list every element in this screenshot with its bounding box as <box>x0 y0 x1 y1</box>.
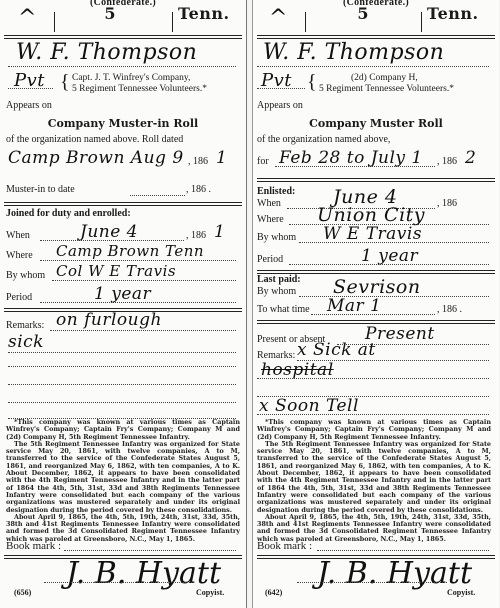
roll-date-year: , 186 <box>188 156 208 167</box>
footnote-para-1: *This company was known at various times… <box>257 419 491 441</box>
signature: J. B. Hyatt <box>317 556 472 591</box>
remarks-line-2: sick <box>8 332 44 352</box>
company-line-1: Capt. J. T. Winfrey's Company, <box>72 73 190 83</box>
organization-line: of the organization named above, <box>257 134 390 145</box>
when-value: June 4 <box>80 222 138 242</box>
to-time-label: To what time <box>257 304 310 315</box>
soldier-name: W. F. Thompson <box>263 40 444 65</box>
footnote-para-1: *This company was known at various times… <box>6 419 240 441</box>
footnote-para-3: About April 9, 1865, the 4th, 5th, 19th,… <box>6 514 240 543</box>
appears-on-label: Appears on <box>257 100 303 111</box>
where-label: Where <box>257 214 284 225</box>
book-mark-label: Book mark : <box>6 540 61 552</box>
footnote: *This company was known at various times… <box>6 419 240 543</box>
footnote: *This company was known at various times… <box>257 419 491 543</box>
copyist-label: Copyist. <box>447 588 475 597</box>
roll-date-value: Camp Brown Aug 9 <box>8 148 184 168</box>
roll-period-value: Feb 28 to July 1 <box>279 148 423 168</box>
muster-in-label: Muster-in to date <box>6 184 75 195</box>
card-number: (656) <box>14 588 31 597</box>
copyist-label: Copyist. <box>196 588 224 597</box>
organization-line: of the organization named above. Roll da… <box>6 134 183 145</box>
when-suffix: , 186 <box>186 230 206 241</box>
when-label: When <box>6 230 30 241</box>
company-line-1: (2d) Company H, <box>351 73 418 83</box>
header-divider <box>257 35 495 39</box>
initial-mark: ^ <box>18 6 37 31</box>
period-label: Period <box>6 292 32 303</box>
roll-period-year-digit: 2 <box>465 148 476 168</box>
last-paid-by-label: By whom <box>257 286 296 297</box>
state-label: Tenn. <box>178 4 230 23</box>
when-suffix: , 186 <box>437 198 457 209</box>
footnote-para-3: About April 9, 1865, the 4th, 5th, 19th,… <box>257 514 491 543</box>
company-line-2: 5 Regiment Tennessee Volunteers.* <box>72 84 207 94</box>
roll-title: Company Muster Roll <box>253 117 499 130</box>
company-line-2: 5 Regiment Tennessee Volunteers.* <box>319 84 454 94</box>
to-time-suffix: , 186 . <box>437 304 462 315</box>
book-mark-label: Book mark : <box>257 540 312 552</box>
footnote-para-2: The 5th Regiment Tennessee Infantry was … <box>6 441 240 514</box>
roll-period-prefix: for <box>257 156 269 167</box>
muster-in-suffix: , 186 . <box>186 184 211 195</box>
by-whom-label: By whom <box>257 232 296 243</box>
remarks-line-1: x Sick at <box>297 340 376 360</box>
when-label: When <box>257 198 281 209</box>
last-paid-by-value: Sevrison <box>333 276 421 298</box>
soldier-name: W. F. Thompson <box>16 40 197 65</box>
period-value: 1 year <box>361 246 418 266</box>
period-value: 1 year <box>94 284 151 304</box>
roll-date-year-digit: 1 <box>216 148 227 168</box>
enlisted-heading: Enlisted: <box>257 186 295 197</box>
roll-title: Company Muster-in Roll <box>0 117 246 130</box>
card-number: (642) <box>265 588 282 597</box>
where-value: Camp Brown Tenn <box>56 242 204 260</box>
by-whom-value: Col W E Travis <box>56 262 176 280</box>
regiment-number: 5 <box>55 4 165 23</box>
where-label: Where <box>6 250 33 261</box>
to-time-value: Mar 1 <box>327 296 381 316</box>
joined-heading: Joined for duty and enrolled: <box>6 208 131 219</box>
signature: J. B. Hyatt <box>66 556 221 591</box>
muster-in-roll-card: (Confederate.) ^ 5 Tenn. W. F. Thompson … <box>0 0 247 608</box>
by-whom-label: By whom <box>6 270 45 281</box>
header-divider <box>4 35 242 39</box>
where-value: Union City <box>317 204 425 226</box>
regiment-number: 5 <box>308 4 418 23</box>
remarks-line-1: on furlough <box>56 310 162 330</box>
remarks-label: Remarks: <box>6 320 44 331</box>
muster-roll-card: (Confederate.) ^ 5 Tenn. W. F. Thompson … <box>252 0 499 608</box>
brace: { <box>307 72 317 92</box>
brace: { <box>60 72 70 92</box>
when-year: 1 <box>214 222 225 242</box>
last-paid-heading: Last paid: <box>257 274 301 285</box>
appears-on-label: Appears on <box>6 100 52 111</box>
state-label: Tenn. <box>427 4 479 23</box>
remarks-line-4: x Soon Tell <box>259 396 359 416</box>
initial-mark: ^ <box>269 6 288 31</box>
footnote-para-2: The 5th Regiment Tennessee Infantry was … <box>257 441 491 514</box>
period-label: Period <box>257 254 283 265</box>
by-whom-value: W E Travis <box>323 224 422 244</box>
roll-period-year: , 186 <box>437 156 457 167</box>
remarks-line-2: hospital <box>261 360 334 380</box>
